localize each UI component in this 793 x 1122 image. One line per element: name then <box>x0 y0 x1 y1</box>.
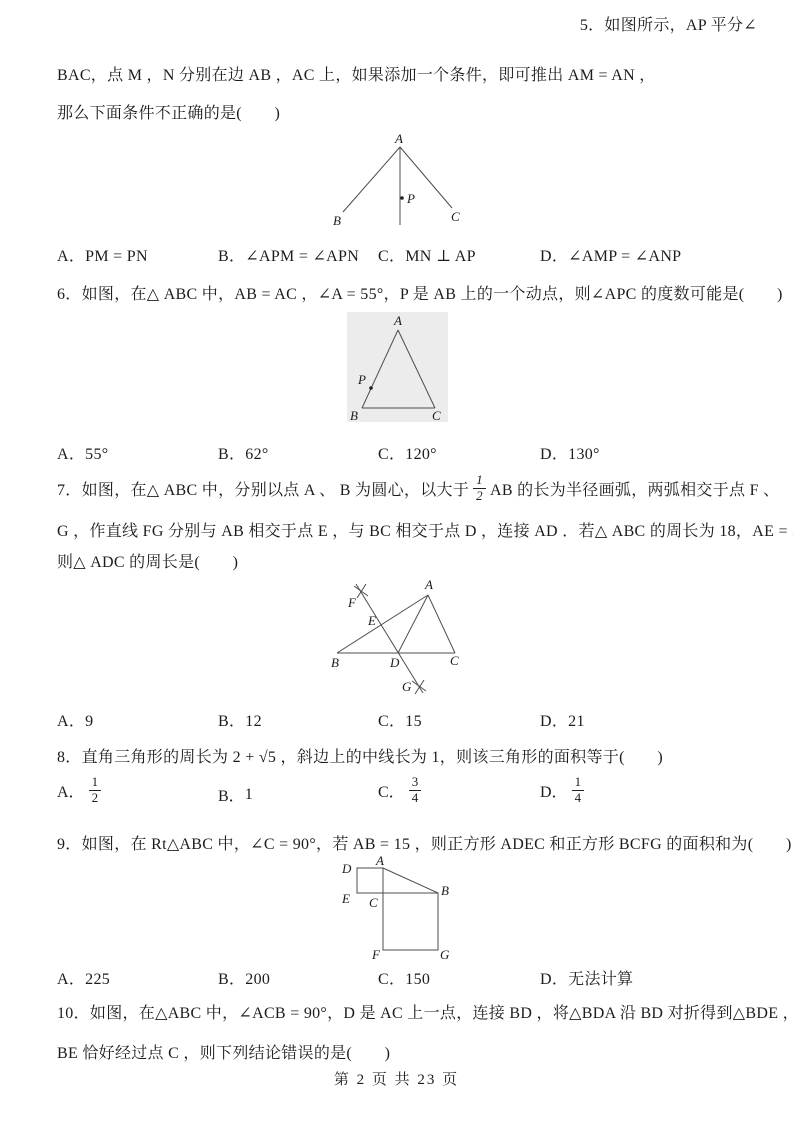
fraction-numerator: 1 <box>572 775 585 791</box>
point-label-f: F <box>371 947 381 962</box>
q10-line1: 10．如图，在△ABC 中，∠ACB = 90°，D 是 AC 上一点，连接 B… <box>57 1000 793 1023</box>
point-label-f: F <box>347 595 357 610</box>
point-label-c: C <box>450 653 459 668</box>
point-label-b: B <box>331 655 339 670</box>
q9-text: 9．如图，在 Rt△ABC 中，∠C = 90°，若 AB = 15 ，则正方形… <box>57 831 792 854</box>
fraction-denominator: 2 <box>89 791 102 806</box>
q10-line2: BE 恰好经过点 C ，则下列结论错误的是( ) <box>57 1040 390 1063</box>
fraction-denominator: 4 <box>572 791 585 806</box>
q9-option-d: D．无法计算 <box>540 966 633 989</box>
q7-line2: G ，作直线 FG 分别与 AB 相交于点 E ，与 BC 相交于点 D ，连接… <box>57 518 793 541</box>
q7-option-c: C．15 <box>378 708 422 731</box>
q5-option-d: D．∠AMP = ∠ANP <box>540 243 681 266</box>
exam-page: 5．如图所示，AP 平分∠ BAC，点 M ，N 分别在边 AB ，AC 上，如… <box>0 0 793 1122</box>
option-letter: C． <box>378 779 405 802</box>
point-label-g: G <box>440 947 450 962</box>
point-label-b: B <box>350 408 358 423</box>
q7-line1-pre: 7．如图，在△ ABC 中，分别以点 A 、 B 为圆心，以大于 <box>57 477 469 500</box>
fraction-numerator: 1 <box>89 775 102 791</box>
q8-option-a: A． 1 2 <box>57 775 105 806</box>
q5-option-b: B．∠APM = ∠APN <box>218 243 359 266</box>
option-letter: B． <box>218 783 245 806</box>
point-label-a: A <box>424 577 433 592</box>
point-label-d: D <box>341 861 352 876</box>
q8-option-c: C． 3 4 <box>378 775 425 806</box>
fraction-denominator: 4 <box>409 791 422 806</box>
point-label-g: G <box>402 679 412 694</box>
q9-option-a: A．225 <box>57 966 110 989</box>
q7-fraction: 1 2 <box>473 473 486 504</box>
q7-option-a: A．9 <box>57 708 93 731</box>
point-label-b: B <box>333 213 341 228</box>
q6-option-d: D．130° <box>540 441 600 464</box>
q7-line3: 则△ ADC 的周长是( ) <box>57 549 238 572</box>
q7-option-b: B．12 <box>218 708 262 731</box>
point-label-c: C <box>432 408 441 423</box>
point-label-p: P <box>406 191 415 206</box>
q8-option-d: D． 1 4 <box>540 775 588 806</box>
fraction-numerator: 3 <box>409 775 422 791</box>
point-label-a: A <box>375 853 384 868</box>
q6-text: 6．如图，在△ ABC 中，AB = AC ，∠A = 55°，P 是 AB 上… <box>57 281 783 304</box>
q7-line1-post: AB 的长为半径画弧，两弧相交于点 F 、 <box>490 477 779 500</box>
option-letter: D． <box>540 779 568 802</box>
option-value: 1 <box>245 786 253 804</box>
point-label-e: E <box>367 613 376 628</box>
point-label-c: C <box>451 209 460 224</box>
q7-line1: 7．如图，在△ ABC 中，分别以点 A 、 B 为圆心，以大于 1 2 AB … <box>57 468 779 508</box>
q5-line2: BAC，点 M ，N 分别在边 AB ，AC 上，如果添加一个条件，即可推出 A… <box>57 62 656 85</box>
q5-intro: 5．如图所示，AP 平分∠ <box>580 12 757 35</box>
q7-figure: F E A B D C G <box>320 575 470 697</box>
q9-option-c: C．150 <box>378 966 430 989</box>
page-number-footer: 第 2 页 共 23 页 <box>0 1068 793 1089</box>
q5-option-a: A．PM = PN <box>57 243 148 266</box>
point-label-p: P <box>357 372 366 387</box>
point-label-b: B <box>441 883 449 898</box>
point-label-a: A <box>393 313 402 328</box>
q8-text: 8．直角三角形的周长为 2 + √5 ，斜边上的中线长为 1，则该三角形的面积等… <box>57 744 663 767</box>
q8-option-b: B． 1 <box>218 783 253 806</box>
option-fraction: 1 4 <box>572 775 585 806</box>
q6-figure: A B C P <box>347 312 448 422</box>
fraction-numerator: 1 <box>473 473 486 489</box>
q5-figure: A B C P <box>325 133 485 238</box>
point-label-a: A <box>394 131 403 146</box>
q6-option-c: C．120° <box>378 441 437 464</box>
q9-option-b: B．200 <box>218 966 270 989</box>
point-label-d: D <box>389 655 400 670</box>
q6-option-b: B．62° <box>218 441 269 464</box>
option-letter: A． <box>57 779 85 802</box>
point-label-e: E <box>341 891 350 906</box>
q6-option-a: A．55° <box>57 441 108 464</box>
q9-figure: D A E C B F G <box>338 855 468 960</box>
q5-line3: 那么下面条件不正确的是( ) <box>57 100 280 123</box>
fraction-denominator: 2 <box>473 489 486 504</box>
option-fraction: 3 4 <box>409 775 422 806</box>
point-label-c: C <box>369 895 378 910</box>
q7-option-d: D．21 <box>540 708 585 731</box>
q5-option-c: C．MN ⊥ AP <box>378 243 476 266</box>
option-fraction: 1 2 <box>89 775 102 806</box>
